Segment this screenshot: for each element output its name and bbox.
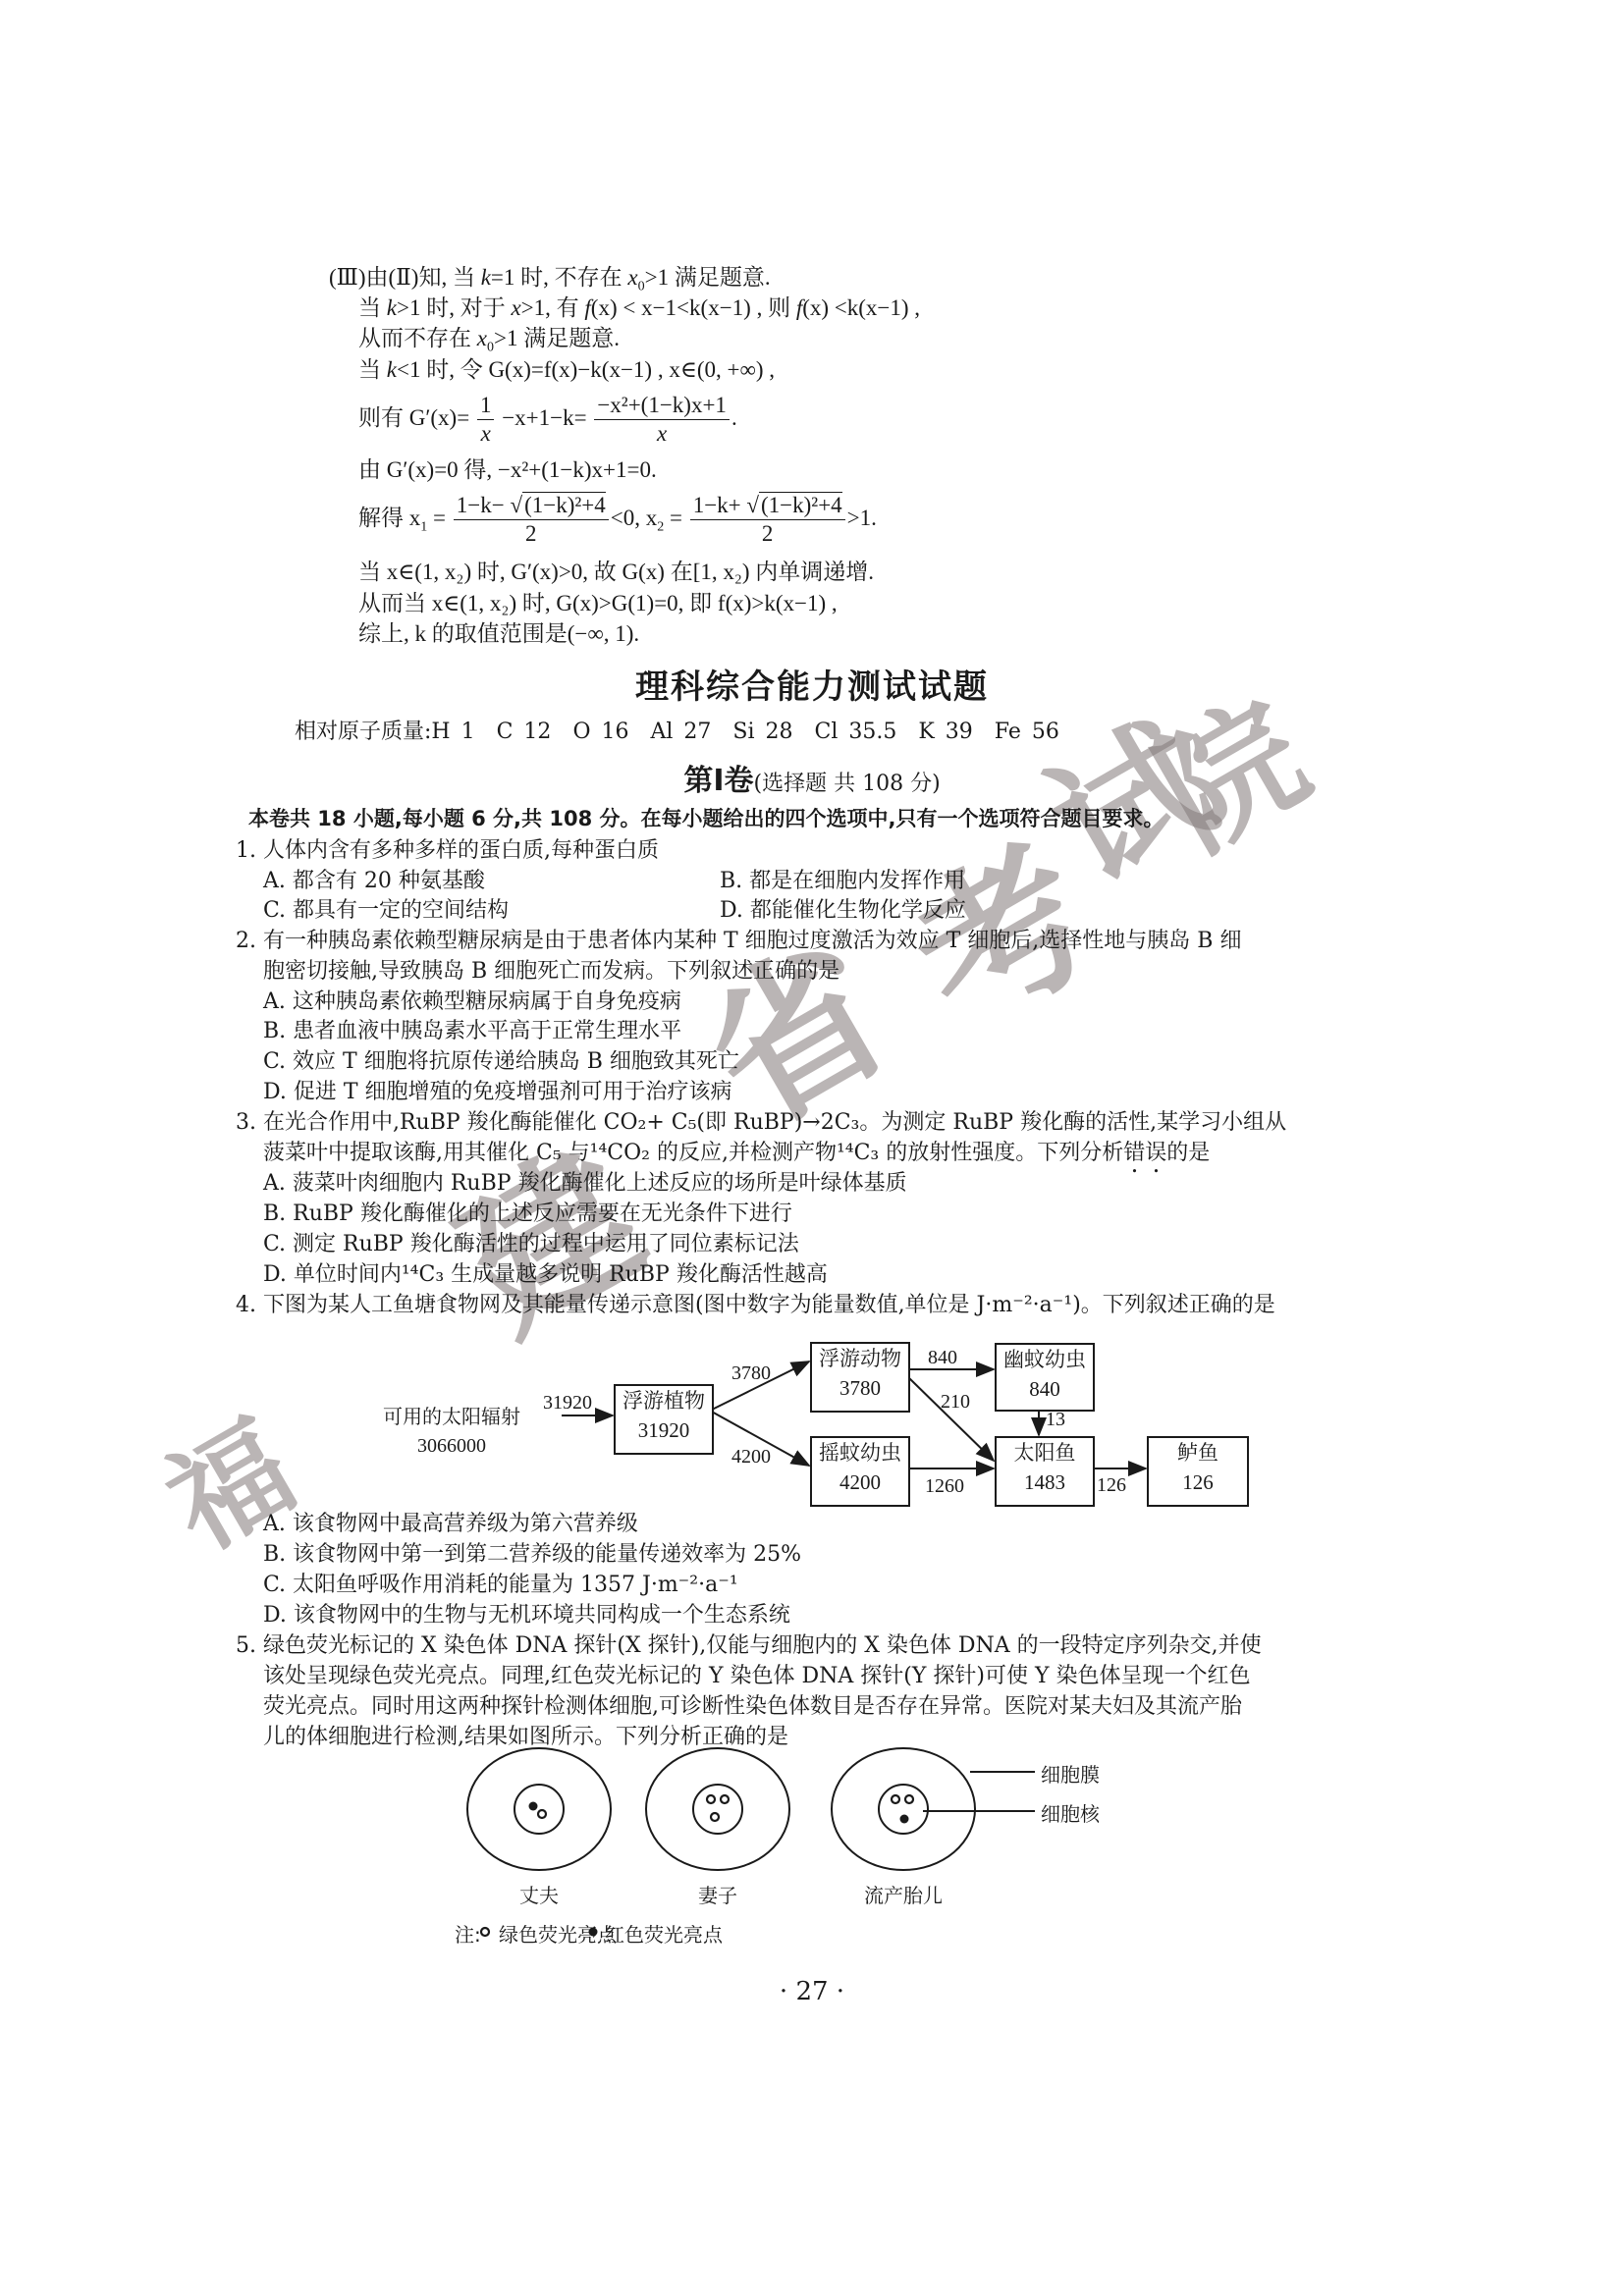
exam-page: 福 建 省 考 试 院 (Ⅲ)由(Ⅱ)知, 当 k=1 时, 不存在 x0>1 … [0,0,1624,2296]
nucleus-label: 细胞核 [1041,1798,1100,1827]
legend-prefix: 注: [455,1919,481,1948]
legend-red: 红色荧光亮点 [605,1919,723,1948]
cell-diagrams [0,0,1624,2296]
legend-green: 绿色荧光亮点 [499,1919,617,1948]
membrane-label: 细胞膜 [1041,1759,1100,1788]
cell-figure: 细胞膜 细胞核 丈夫 妻子 流产胎儿 注: 绿色荧光亮点 红色荧光亮点 [0,0,1624,2296]
page-number: · 27 · [0,1977,1624,2006]
caption-husband: 丈夫 [519,1880,559,1908]
caption-fetus: 流产胎儿 [864,1880,943,1908]
caption-wife: 妻子 [698,1880,737,1908]
